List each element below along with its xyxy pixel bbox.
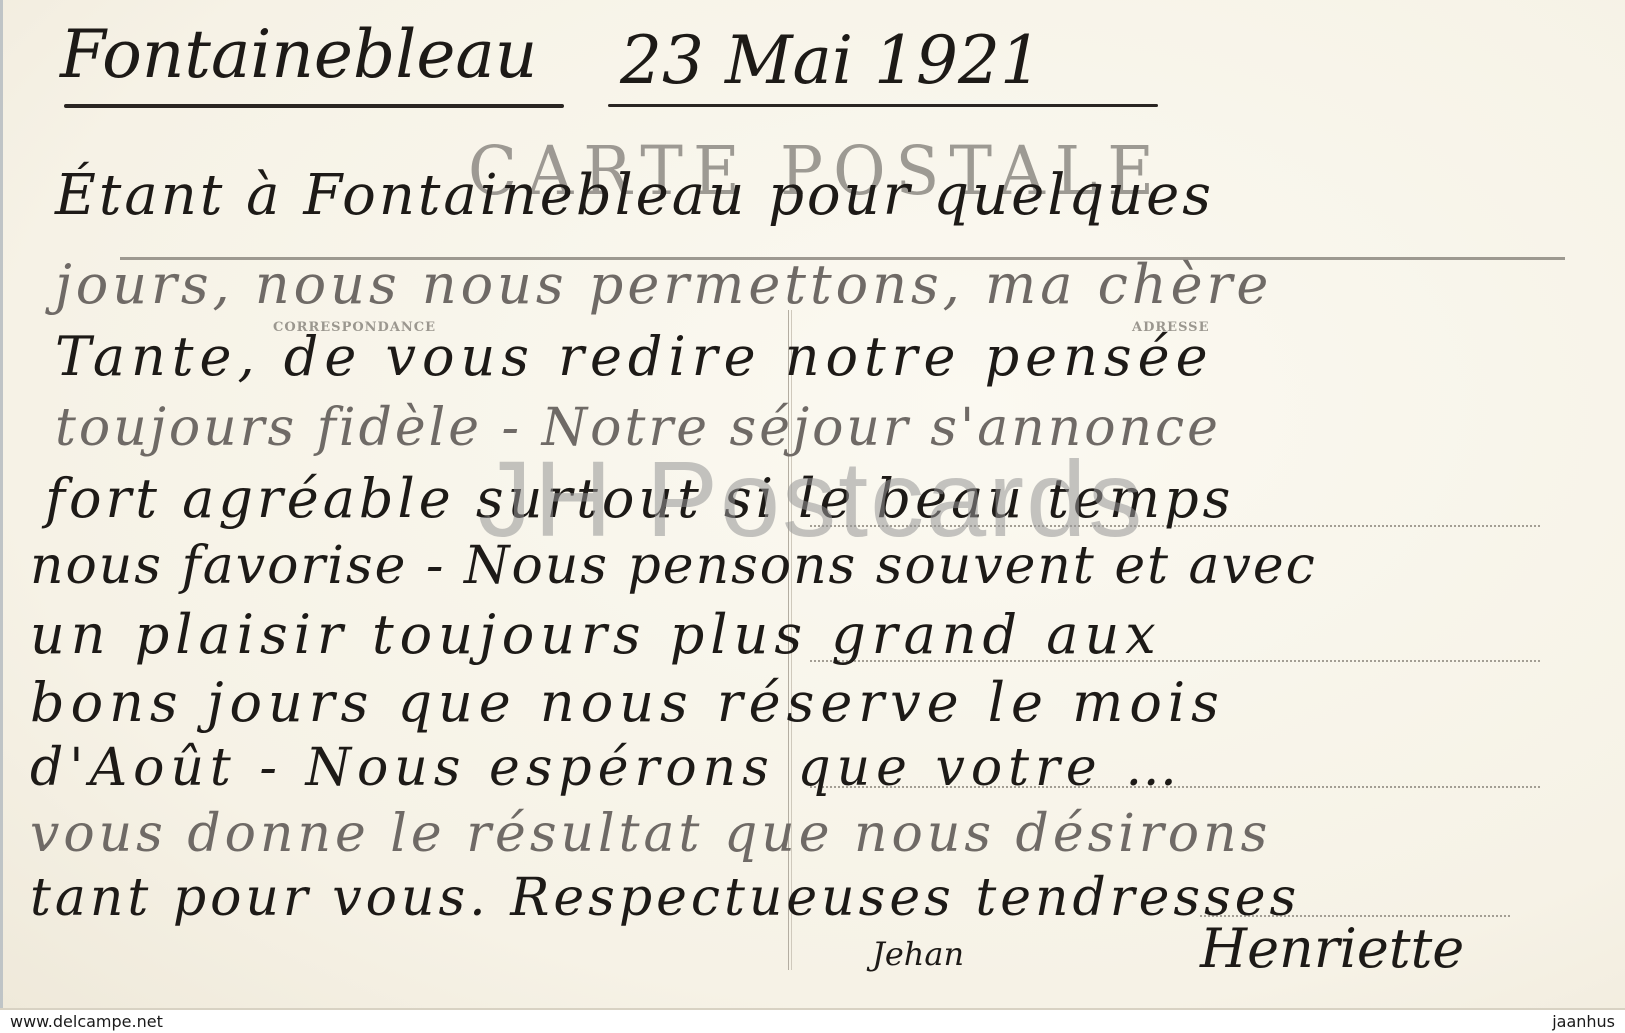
source-credit-right: jaanhus (1552, 1012, 1615, 1031)
handwritten-line: bons jours que nous réserve le mois (30, 676, 1225, 730)
source-credit-left: www.delcampe.net (10, 1012, 163, 1031)
handwritten-line: un plaisir toujours plus grand aux (30, 608, 1162, 662)
signature-henriette: Henriette (1200, 922, 1464, 976)
place-underline (64, 104, 564, 108)
signature-jehan: Jehan (872, 938, 964, 970)
handwritten-line: jours, nous nous permettons, ma chère (55, 258, 1272, 312)
card-left-edge (0, 0, 3, 1010)
handwritten-line: tant pour vous. Respectueuses tendresses (30, 872, 1300, 924)
handwritten-line: Étant à Fontainebleau pour quelques (55, 168, 1214, 224)
handwritten-line: Tante, de vous redire notre pensée (55, 330, 1214, 384)
handwritten-date: 23 Mai 1921 (620, 28, 1042, 94)
postcard-back: CARTE POSTALE CORRESPONDANCE ADRESSE Fon… (0, 0, 1625, 1010)
handwritten-place: Fontainebleau (60, 22, 537, 88)
watermark: JH Postcards (478, 445, 1144, 553)
handwritten-line: d'Août - Nous espérons que votre … (30, 742, 1183, 794)
card-bottom-edge (0, 1008, 1625, 1010)
handwritten-line: vous donne le résultat que nous désirons (30, 808, 1271, 860)
date-underline (608, 104, 1158, 107)
